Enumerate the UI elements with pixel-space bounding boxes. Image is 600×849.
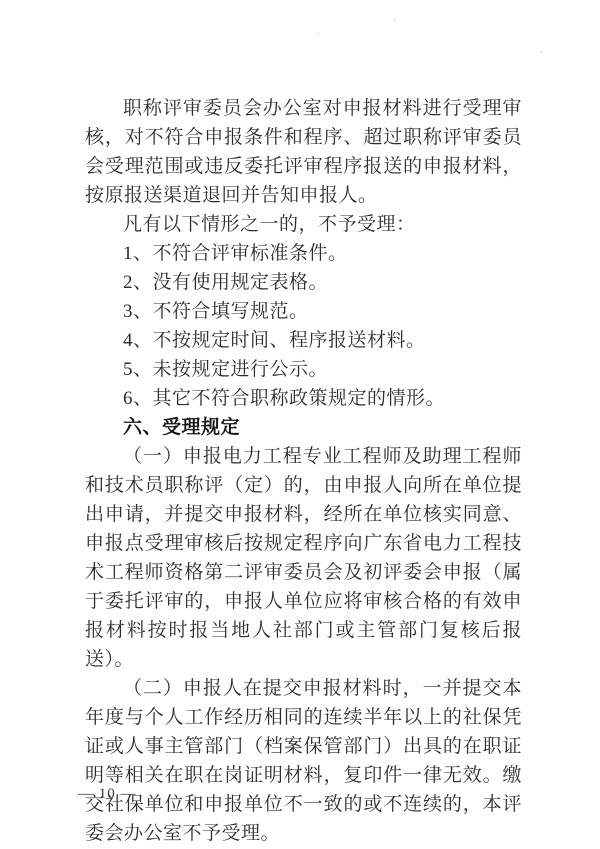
scan-speckle [540,51,543,53]
scan-speckle [369,772,372,774]
list-item-5: 5、未按规定进行公示。 [85,355,522,384]
list-item-4: 4、不按规定时间、程序报送材料。 [85,326,522,355]
paragraph-acceptance-review: 职称评审委员会办公室对申报材料进行受理审核，对不符合申报条件和程序、超过职称评审… [85,94,522,210]
paragraph-rule-2: （二）申报人在提交申报材料时，一并提交本年度与个人工作经历相同的连续半年以上的社… [85,674,522,848]
scan-speckle [393,19,396,22]
section-heading-acceptance-rules: 六、受理规定 [85,413,522,442]
list-item-3: 3、不符合填写规范。 [85,297,522,326]
paragraph-rule-1: （一）申报电力工程专业工程师及助理工程师和技术员职称评（定）的，由申报人向所在单… [85,442,522,674]
document-page: 职称评审委员会办公室对申报材料进行受理审核，对不符合申报条件和程序、超过职称评审… [0,0,600,849]
list-item-6: 6、其它不符合职称政策规定的情形。 [85,384,522,413]
scan-speckle [317,33,319,35]
list-item-1: 1、不符合评审标准条件。 [85,239,522,268]
list-item-2: 2、没有使用规定表格。 [85,268,522,297]
paragraph-rejection-intro: 凡有以下情形之一的，不予受理： [85,210,522,239]
document-body: 职称评审委员会办公室对申报材料进行受理审核，对不符合申报条件和程序、超过职称评审… [85,94,522,848]
page-number: — 10 — [78,783,137,805]
